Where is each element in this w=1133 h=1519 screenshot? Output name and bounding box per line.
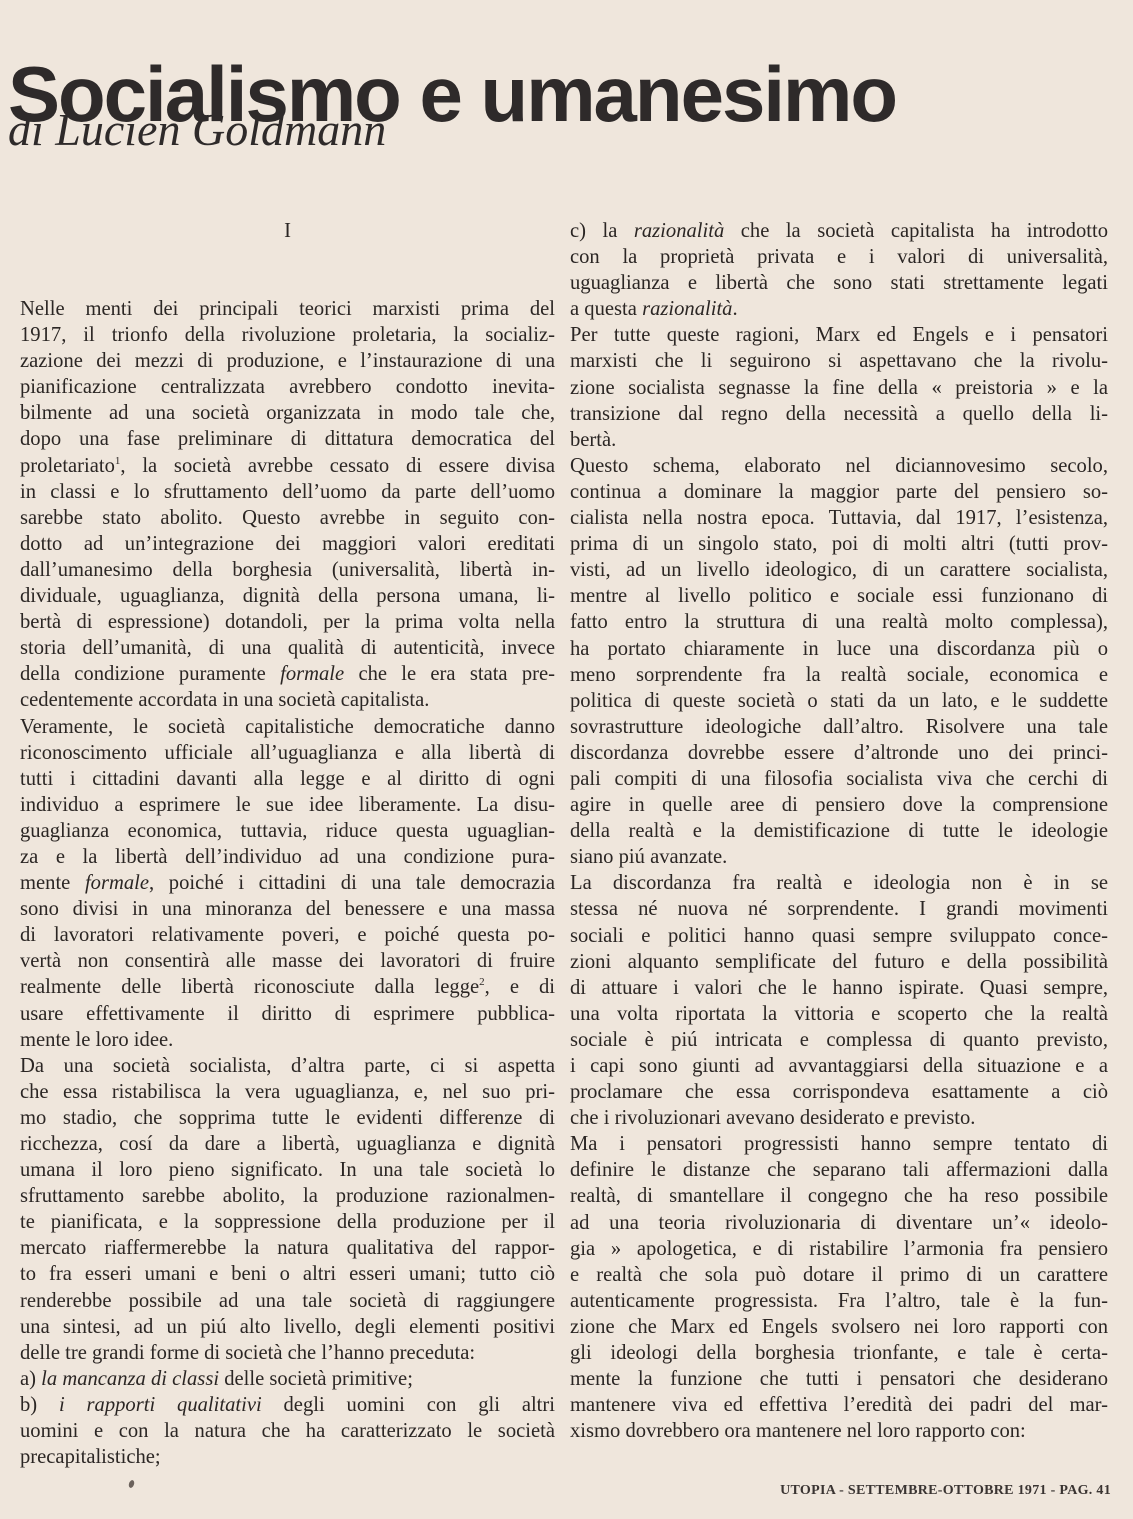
text-line: storia dell’umanità, di una qualità di a… (20, 635, 555, 661)
text-line: Veramente, le società capitalistiche dem… (20, 714, 555, 740)
running-footer: UTOPIA - SETTEMBRE-OTTOBRE 1971 - PAG. 4… (780, 1483, 1111, 1499)
text-line: zazione dei mezzi di produzione, e l’ins… (20, 348, 555, 374)
text-line: con la proprietà privata e i valori di u… (570, 244, 1108, 270)
text-line: proclamare che essa corrispondeva esatta… (570, 1079, 1108, 1105)
text-line: c) la razionalità che la società capital… (570, 218, 1108, 244)
text-line: tutti i cittadini davanti alla legge e a… (20, 766, 555, 792)
text-line: vertà non consentirà alle masse dei lavo… (20, 948, 555, 974)
text-line: 1917, il trionfo della rivoluzione prole… (20, 322, 555, 348)
text-line: e realtà che sola può dotare il primo di… (570, 1262, 1108, 1288)
text-line: Per tutte queste ragioni, Marx ed Engels… (570, 322, 1108, 348)
text-line: Questo schema, elaborato nel diciannoves… (570, 453, 1108, 479)
text-line: una volta riportata la vittoria e scoper… (570, 1001, 1108, 1027)
text-line: sfruttamento sarebbe abolito, la produzi… (20, 1183, 555, 1209)
text-line: mo stadio, che sopprima tutte le evident… (20, 1105, 555, 1131)
text-line: sarebbe stato abolito. Questo avrebbe in… (20, 505, 555, 531)
text-line: sociale è piú intricata e complessa di q… (570, 1027, 1108, 1053)
text-line: gli ideologi della borghesia trionfante,… (570, 1340, 1108, 1366)
text-line: marxisti che li seguirono si aspettavano… (570, 348, 1108, 374)
text-line: umana il loro pieno significato. In una … (20, 1157, 555, 1183)
text-line: precapitalistiche; (20, 1444, 555, 1470)
left-column: I Nelle menti dei principali teorici mar… (20, 218, 555, 1470)
text-line: che i rivoluzionari avevano desiderato e… (570, 1105, 1108, 1131)
text-line: bilmente ad una società organizzata in m… (20, 400, 555, 426)
text-line: visti, ad un livello ideologico, di un c… (570, 557, 1108, 583)
text-line: prima di un singolo stato, poi di molti … (570, 531, 1108, 557)
text-line: fatto entro la struttura di una realtà m… (570, 609, 1108, 635)
text-line: to fra esseri umani e beni o altri esser… (20, 1261, 555, 1287)
text-line: dall’umanesimo della borghesia (universa… (20, 557, 555, 583)
text-line: b) i rapporti qualitativi degli uomini c… (20, 1392, 555, 1418)
text-line: La discordanza fra realtà e ideologia no… (570, 870, 1108, 896)
text-line: ad una teoria rivoluzionaria di diventar… (570, 1210, 1108, 1236)
text-line: zione che Marx ed Engels svolsero nei lo… (570, 1314, 1108, 1340)
text-line: ha portato chiaramente in luce una disco… (570, 636, 1108, 662)
text-line: riconoscimento ufficiale all’uguaglianza… (20, 740, 555, 766)
text-line: sono divisi in una minoranza del benesse… (20, 896, 555, 922)
text-line: Nelle menti dei principali teorici marxi… (20, 296, 555, 322)
text-line: mantenere viva ed effettiva l’eredità de… (570, 1392, 1108, 1418)
text-line: sociali e politici hanno quasi sempre sv… (570, 923, 1108, 949)
text-line: proletariato1, la società avrebbe cessat… (20, 453, 555, 479)
author-byline: di Lucien Goldmann (8, 100, 386, 160)
text-line: cedentemente accordata in una società ca… (20, 687, 555, 713)
text-line: pianificazione centralizzata avrebbero c… (20, 374, 555, 400)
text-line: xismo dovrebbero ora mantenere nel loro … (570, 1418, 1108, 1444)
text-line: definire le distanze che separano tali a… (570, 1157, 1108, 1183)
text-line: te pianificata, e la soppressione della … (20, 1209, 555, 1235)
text-line: della realtà e la demistificazione di tu… (570, 818, 1108, 844)
text-line: mercato riaffermerebbe la natura qualita… (20, 1235, 555, 1261)
text-line: agire in quelle aree di pensiero dove la… (570, 792, 1108, 818)
text-line: di attuare i valori che le hanno ispirat… (570, 975, 1108, 1001)
text-line: autenticamente progressista. Fra l’altro… (570, 1288, 1108, 1314)
text-line: zioni alquanto semplificate del futuro e… (570, 949, 1108, 975)
text-line: realtà, di smantellare il congegno che h… (570, 1183, 1108, 1209)
text-line: dotto ad un’integrazione dei maggiori va… (20, 531, 555, 557)
text-line: siano piú avanzate. (570, 844, 1108, 870)
text-line: uguaglianza e libertà che sono stati str… (570, 270, 1108, 296)
text-line: a questa razionalità. (570, 296, 1108, 322)
text-line: ricchezza, cosí da dare a libertà, uguag… (20, 1131, 555, 1157)
right-column-text: c) la razionalità che la società capital… (570, 218, 1108, 1444)
text-line: in classi e lo sfruttamento dell’uomo da… (20, 479, 555, 505)
text-line: delle tre grandi forme di società che l’… (20, 1340, 555, 1366)
text-line: a) la mancanza di classi delle società p… (20, 1366, 555, 1392)
text-line: za e la libertà dell’individuo ad una co… (20, 844, 555, 870)
text-line: una sintesi, ad un piú alto livello, deg… (20, 1314, 555, 1340)
text-line: individuo a esprimere le sue idee libera… (20, 792, 555, 818)
text-line: zione socialista segnasse la fine della … (570, 375, 1108, 401)
text-line: guaglianza economica, tuttavia, riduce q… (20, 818, 555, 844)
left-column-text: Nelle menti dei principali teorici marxi… (20, 296, 555, 1470)
text-line: meno sorprendente fra la realtà sociale,… (570, 662, 1108, 688)
text-line: di lavoratori relativamente poveri, e po… (20, 922, 555, 948)
text-line: sovrastrutture ideologiche dall’altro. R… (570, 714, 1108, 740)
text-line: mente le loro idee. (20, 1027, 555, 1053)
text-line: bertà. (570, 427, 1108, 453)
text-line: uomini e con la natura che ha caratteriz… (20, 1418, 555, 1444)
text-line: transizione dal regno della necessità a … (570, 401, 1108, 427)
text-line: Ma i pensatori progressisti hanno sempre… (570, 1131, 1108, 1157)
text-line: discordanza dovrebbe essere d’altronde u… (570, 740, 1108, 766)
text-line: usare effettivamente il diritto di espri… (20, 1001, 555, 1027)
text-line: mente la funzione che tutti i pensatori … (570, 1366, 1108, 1392)
text-line: realmente delle libertà riconosciute dal… (20, 974, 555, 1000)
text-line: renderebbe possibile ad una tale società… (20, 1288, 555, 1314)
text-line: bertà di espressione) dotandoli, per la … (20, 609, 555, 635)
text-line: continua a dominare la maggior parte del… (570, 479, 1108, 505)
section-numeral: I (20, 218, 555, 244)
ink-smudge (128, 1479, 135, 1488)
text-line: pali compiti di una filosofia socialista… (570, 766, 1108, 792)
text-line: stessa né nuova né sorprendente. I grand… (570, 896, 1108, 922)
text-line: i capi sono giunti ad avvantaggiarsi del… (570, 1053, 1108, 1079)
right-column: c) la razionalità che la società capital… (570, 218, 1108, 1444)
text-line: mentre al livello politico e sociale ess… (570, 583, 1108, 609)
text-line: dividuale, uguaglianza, dignità della pe… (20, 583, 555, 609)
text-line: politica di queste società o stati da un… (570, 688, 1108, 714)
text-line: dopo una fase preliminare di dittatura d… (20, 426, 555, 452)
text-line: che essa ristabilisca la vera uguaglianz… (20, 1079, 555, 1105)
text-line: gia » apologetica, e di ristabilire l’ar… (570, 1236, 1108, 1262)
text-line: mente formale, poiché i cittadini di una… (20, 870, 555, 896)
text-line: cialista nella nostra epoca. Tuttavia, d… (570, 505, 1108, 531)
text-line: Da una società socialista, d’altra parte… (20, 1053, 555, 1079)
text-line: della condizione puramente formale che l… (20, 661, 555, 687)
